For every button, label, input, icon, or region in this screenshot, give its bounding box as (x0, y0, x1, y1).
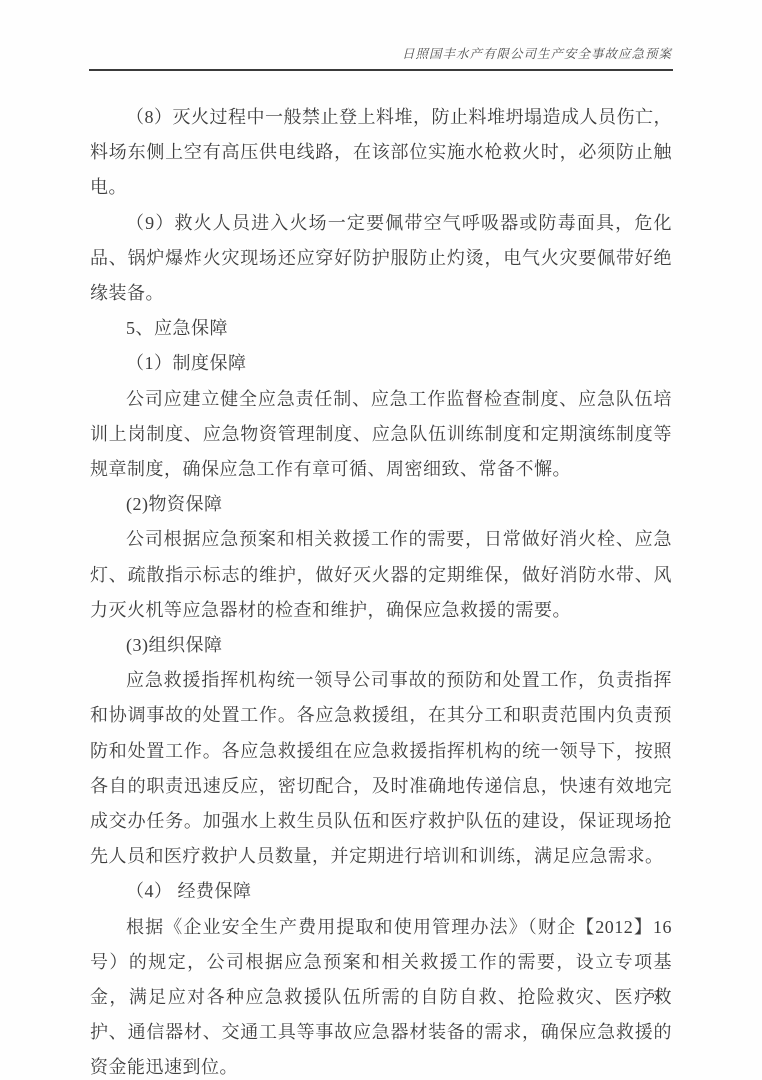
header-title: 日照国丰水产有限公司生产安全事故应急预案 (402, 47, 672, 61)
page-footer: 51 (648, 986, 661, 1002)
document-page: 日照国丰水产有限公司生产安全事故应急预案 （8）灭火过程中一般禁止登上料堆，防止… (0, 0, 762, 1080)
body-paragraph: （9）救火人员进入火场一定要佩带空气呼吸器或防毒面具，危化品、锅炉爆炸火灾现场还… (90, 206, 672, 312)
section-heading: 5、应急保障 (90, 311, 672, 346)
body-paragraph: 根据《企业安全生产费用提取和使用管理办法》（财企【2012】16 号）的规定，公… (90, 910, 672, 1080)
section-heading: (2)物资保障 (90, 487, 672, 522)
page-number: 51 (648, 986, 661, 1001)
header-divider (89, 69, 673, 71)
body-paragraph: （8）灭火过程中一般禁止登上料堆，防止料堆坍塌造成人员伤亡，料场东侧上空有高压供… (90, 100, 672, 206)
body-paragraph: 应急救援指挥机构统一领导公司事故的预防和处置工作，负责指挥和协调事故的处置工作。… (90, 663, 672, 874)
section-heading: （4） 经费保障 (90, 874, 672, 909)
section-heading: （1）制度保障 (90, 346, 672, 381)
body-paragraph: 公司根据应急预案和相关救援工作的需要，日常做好消火栓、应急灯、疏散指示标志的维护… (90, 522, 672, 628)
page-header: 日照国丰水产有限公司生产安全事故应急预案 (90, 44, 672, 62)
section-heading: (3)组织保障 (90, 628, 672, 663)
body-paragraph: 公司应建立健全应急责任制、应急工作监督检查制度、应急队伍培训上岗制度、应急物资管… (90, 382, 672, 488)
document-body: （8）灭火过程中一般禁止登上料堆，防止料堆坍塌造成人员伤亡，料场东侧上空有高压供… (90, 100, 672, 1080)
